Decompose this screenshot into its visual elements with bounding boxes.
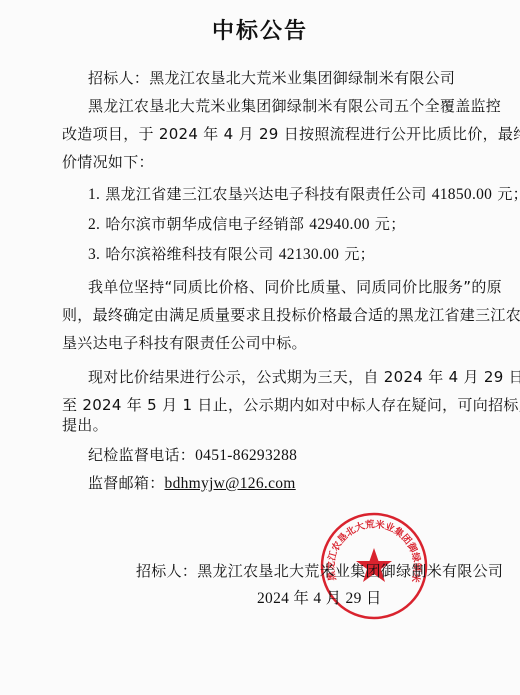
tenderer-line: 招标人：黑龙江农垦北大荒米业集团御绿制米有限公司 — [88, 69, 455, 87]
phone-line: 纪检监督电话：0451-86293288 — [88, 446, 297, 465]
publicity-line-1: 现对比价结果进行公示，公式期为三天，自 2024 年 4 月 29 日起 — [88, 368, 520, 386]
publicity-line-2: 至 2024 年 5 月 1 日止，公示期内如对中标人存在疑问，可向招标人 — [62, 396, 520, 414]
email-link[interactable]: bdhmyjw@126.com — [165, 475, 296, 492]
intro-line-3: 价情况如下： — [62, 153, 154, 171]
bid-item-3: 3. 哈尔滨裕维科技有限公司 42130.00 元； — [88, 245, 375, 264]
signature-tenderer: 招标人：黑龙江农垦北大荒米业集团御绿制米有限公司 — [136, 562, 503, 580]
intro-line-2: 改造项目，于 2024 年 4 月 29 日按照流程进行公开比质比价，最终报 — [62, 125, 520, 143]
phone-number: 0451-86293288 — [195, 447, 297, 464]
document-title: 中标公告 — [0, 18, 520, 46]
bid-item-2: 2. 哈尔滨市朝华成信电子经销部 42940.00 元； — [88, 215, 406, 234]
intro-line-1: 黑龙江农垦北大荒米业集团御绿制米有限公司五个全覆盖监控 — [88, 97, 501, 115]
bid-item-1: 1. 黑龙江省建三江农垦兴达电子科技有限责任公司 41850.00 元； — [88, 185, 520, 204]
signature-date: 2024 年 4 月 29 日 — [257, 590, 382, 608]
publicity-line-3: 提出。 — [62, 416, 108, 434]
decision-line-3: 垦兴达电子科技有限责任公司中标。 — [62, 334, 307, 352]
decision-line-2: 则，最终确定由满足质量要求且投标价格最合适的黑龙江省建三江农 — [62, 306, 520, 324]
email-line: 监督邮箱：bdhmyjw@126.com — [88, 474, 296, 493]
decision-line-1: 我单位坚持“同质比价格、同价比质量、同质同价比服务”的原 — [88, 278, 502, 296]
